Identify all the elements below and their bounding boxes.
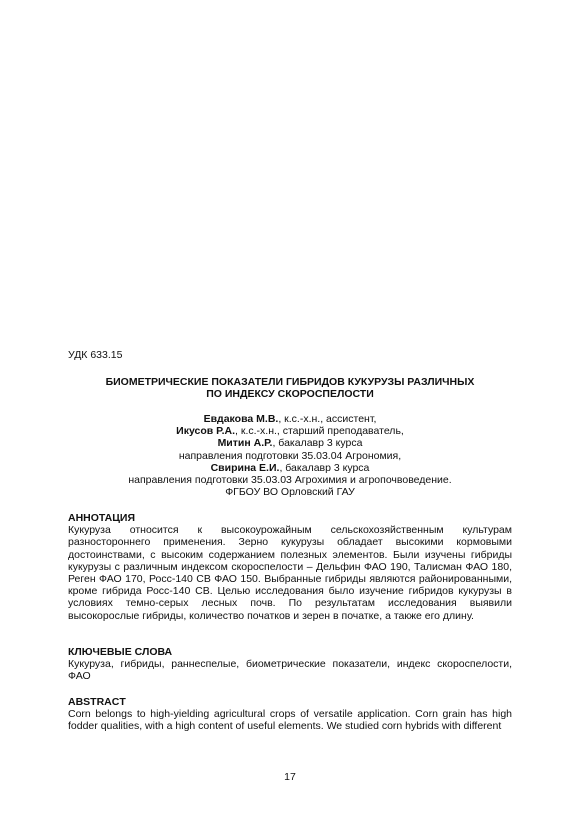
author-list: Евдакова М.В., к.с.-х.н., ассистент, Ику… xyxy=(68,413,512,498)
author-line: Митин А.Р., бакалавр 3 курса xyxy=(68,437,512,449)
author-line: направления подготовки 35.03.04 Агрономи… xyxy=(68,450,512,462)
annotation-heading: АННОТАЦИЯ xyxy=(68,512,512,524)
abstract-text: Corn belongs to high-yielding agricultur… xyxy=(68,708,512,732)
abstract-heading: ABSTRACT xyxy=(68,696,512,708)
annotation-section: АННОТАЦИЯ Кукуруза относится к высокоуро… xyxy=(68,512,512,622)
abstract-section: ABSTRACT Corn belongs to high-yielding a… xyxy=(68,696,512,733)
keywords-text: Кукуруза, гибриды, раннеспелые, биометри… xyxy=(68,658,512,682)
keywords-heading: КЛЮЧЕВЫЕ СЛОВА xyxy=(68,646,512,658)
annotation-text: Кукуруза относится к высокоурожайным сел… xyxy=(68,524,512,622)
keywords-section: КЛЮЧЕВЫЕ СЛОВА Кукуруза, гибриды, раннес… xyxy=(68,646,512,683)
udc-code: УДК 633.15 xyxy=(68,349,122,361)
author-line: Икусов Р.А., к.с.-х.н., старший преподав… xyxy=(68,425,512,437)
title-line: БИОМЕТРИЧЕСКИЕ ПОКАЗАТЕЛИ ГИБРИДОВ КУКУР… xyxy=(68,376,512,388)
affiliation: ФГБОУ ВО Орловский ГАУ xyxy=(68,486,512,498)
author-line: Свирина Е.И., бакалавр 3 курса xyxy=(68,462,512,474)
author-line: направления подготовки 35.03.03 Агрохими… xyxy=(68,474,512,486)
page-number: 17 xyxy=(0,771,580,783)
paper-title: БИОМЕТРИЧЕСКИЕ ПОКАЗАТЕЛИ ГИБРИДОВ КУКУР… xyxy=(68,376,512,400)
author-line: Евдакова М.В., к.с.-х.н., ассистент, xyxy=(68,413,512,425)
title-line: ПО ИНДЕКСУ СКОРОСПЕЛОСТИ xyxy=(68,388,512,400)
